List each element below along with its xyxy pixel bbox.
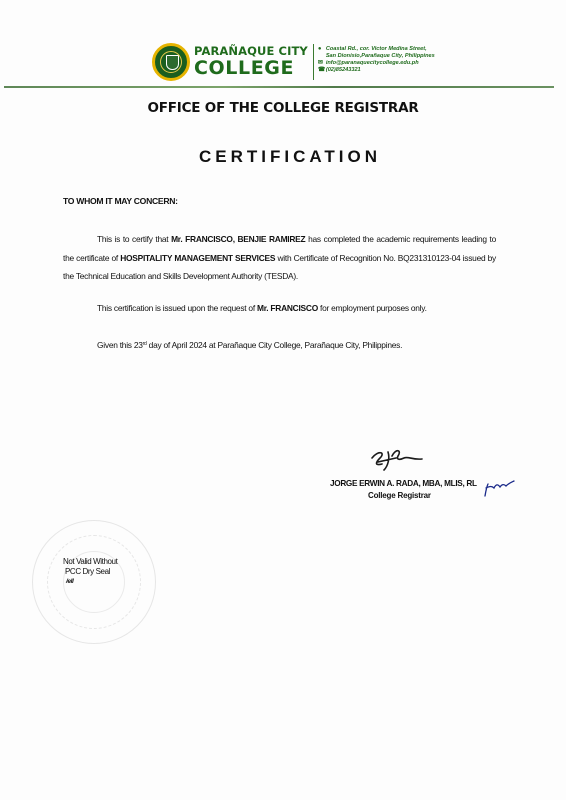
phone-number: (02)85243321 [326,67,361,74]
paragraph-purpose: This certification is issued upon the re… [97,299,497,318]
address-line2: San Dionisio,Parañaque City, Philippines [326,53,435,59]
envelope-icon: ✉ [318,60,324,67]
signatory-role: College Registrar [368,491,431,500]
paragraph-date-given: Given this 23rd day of April 2024 at Par… [97,335,497,355]
document-title: CERTIFICATION [0,147,566,167]
college-name-line2: COLLEGE [194,59,308,78]
signatory-name: JORGE ERWIN A. RADA, MBA, MLIS, RL [330,479,477,488]
salutation: TO WHOM IT MAY CONCERN: [63,196,178,206]
email-address: info@paranaquecitycollege.edu.ph [326,60,419,67]
student-surname: Mr. FRANCISCO [257,303,318,313]
seal-notice-line2: PCC Dry Seal [63,567,117,577]
program-name: HOSPITALITY MANAGEMENT SERVICES [120,253,275,263]
student-name: Mr. FRANCISCO, BENJIE RAMIREZ [171,234,305,244]
seal-notice: Not Valid Without PCC Dry Seal /ell [63,557,117,587]
seal-notice-initials: /ell [63,577,117,587]
office-title: OFFICE OF THE COLLEGE REGISTRAR [0,100,566,116]
seal-notice-line1: Not Valid Without [63,557,117,567]
college-name: PARAÑAQUE CITY COLLEGE [194,46,308,78]
certificate-page: PARAÑAQUE CITY COLLEGE ● Coastal Rd., co… [0,0,566,800]
phone-icon: ☎ [318,67,324,74]
contact-info: ● Coastal Rd., cor. Victor Medina Street… [318,46,435,74]
location-pin-icon: ● [318,46,324,53]
paragraph-certification-statement: This is to certify that Mr. FRANCISCO, B… [63,230,496,286]
header-divider [313,44,314,80]
handwritten-signature-icon [366,444,426,474]
address-line1: Coastal Rd., cor. Victor Medina Street, [326,46,427,52]
letterhead: PARAÑAQUE CITY COLLEGE ● Coastal Rd., co… [152,42,435,82]
college-seal-logo-icon [152,43,190,81]
header-rule [4,86,554,88]
handwritten-initials-icon [482,476,516,498]
